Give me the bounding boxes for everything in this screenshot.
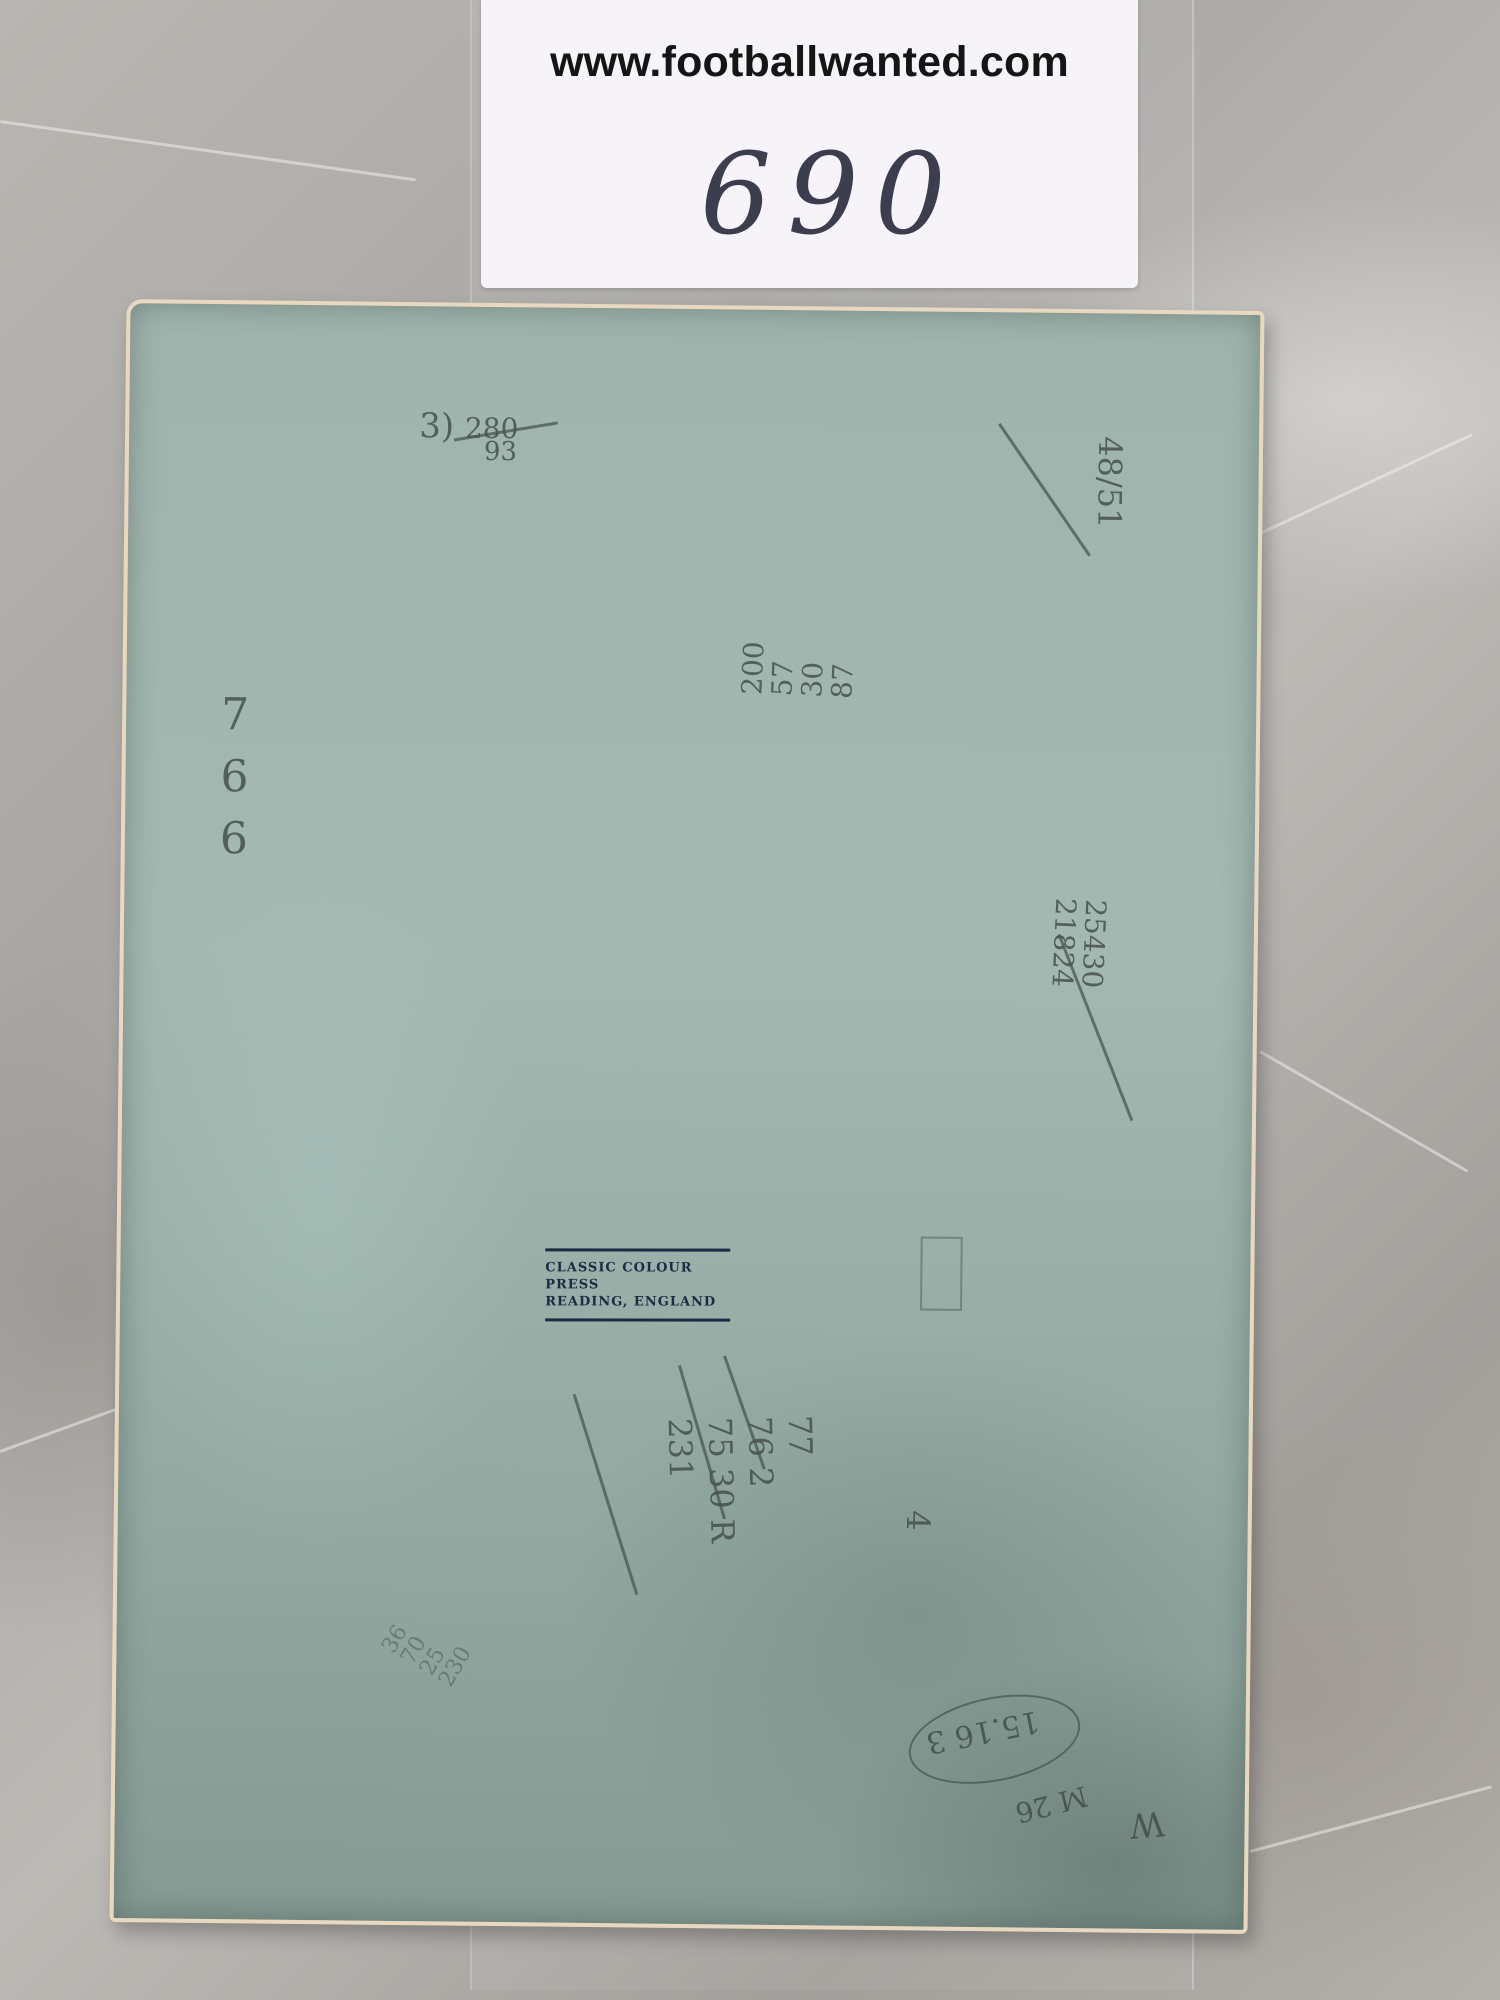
sale-label: www.footballwanted.com 690 xyxy=(481,0,1138,288)
marble-vein xyxy=(1250,1785,1492,1853)
calc-line: 77 xyxy=(780,1415,823,1542)
lot-number: 690 xyxy=(681,130,981,260)
pencil-note-top-right: 48/51 xyxy=(1090,436,1129,529)
pencil-quotient: 93 xyxy=(484,437,517,467)
calc-line: 75 30 R xyxy=(700,1417,743,1544)
pencil-box-mark xyxy=(920,1236,963,1310)
website-text: www.footballwanted.com xyxy=(487,38,1132,87)
sum-line: 87 xyxy=(827,645,859,700)
pencil-line xyxy=(998,423,1091,557)
programme-back-cover: 3) 280 93 48/51 200 57 30 87 7 6 6 25430… xyxy=(110,299,1265,1934)
digit: 6 xyxy=(220,746,249,808)
division-divisor: 3) xyxy=(419,406,454,446)
calc-line: 76 2 xyxy=(740,1416,783,1543)
digit: 6 xyxy=(220,808,249,870)
pencil-sum-center: 200 57 30 87 xyxy=(737,641,859,700)
pencil-note-left: 7 6 6 xyxy=(220,684,250,870)
digit: 7 xyxy=(221,684,250,746)
corner-mark: W xyxy=(1128,1803,1166,1846)
pencil-faint-notes: 36 70 25 230 xyxy=(379,1610,476,1691)
pencil-calc-lower: 77 76 2 75 30 R 231 xyxy=(660,1415,823,1545)
pencil-calc-4: 4 xyxy=(899,1510,937,1531)
corner-initials: M 26 xyxy=(1012,1779,1091,1829)
calc-line: 231 xyxy=(660,1418,703,1545)
marble-vein xyxy=(0,1402,132,1453)
printer-location: READING, ENGLAND xyxy=(545,1293,730,1310)
printer-imprint: CLASSIC COLOUR PRESS READING, ENGLAND xyxy=(545,1248,730,1321)
pencil-note-right: 25430 21824 xyxy=(1046,897,1110,989)
printer-name: CLASSIC COLOUR PRESS xyxy=(545,1259,730,1293)
marble-vein xyxy=(1259,1050,1468,1173)
marble-vein xyxy=(0,120,416,181)
pencil-line xyxy=(573,1394,639,1595)
